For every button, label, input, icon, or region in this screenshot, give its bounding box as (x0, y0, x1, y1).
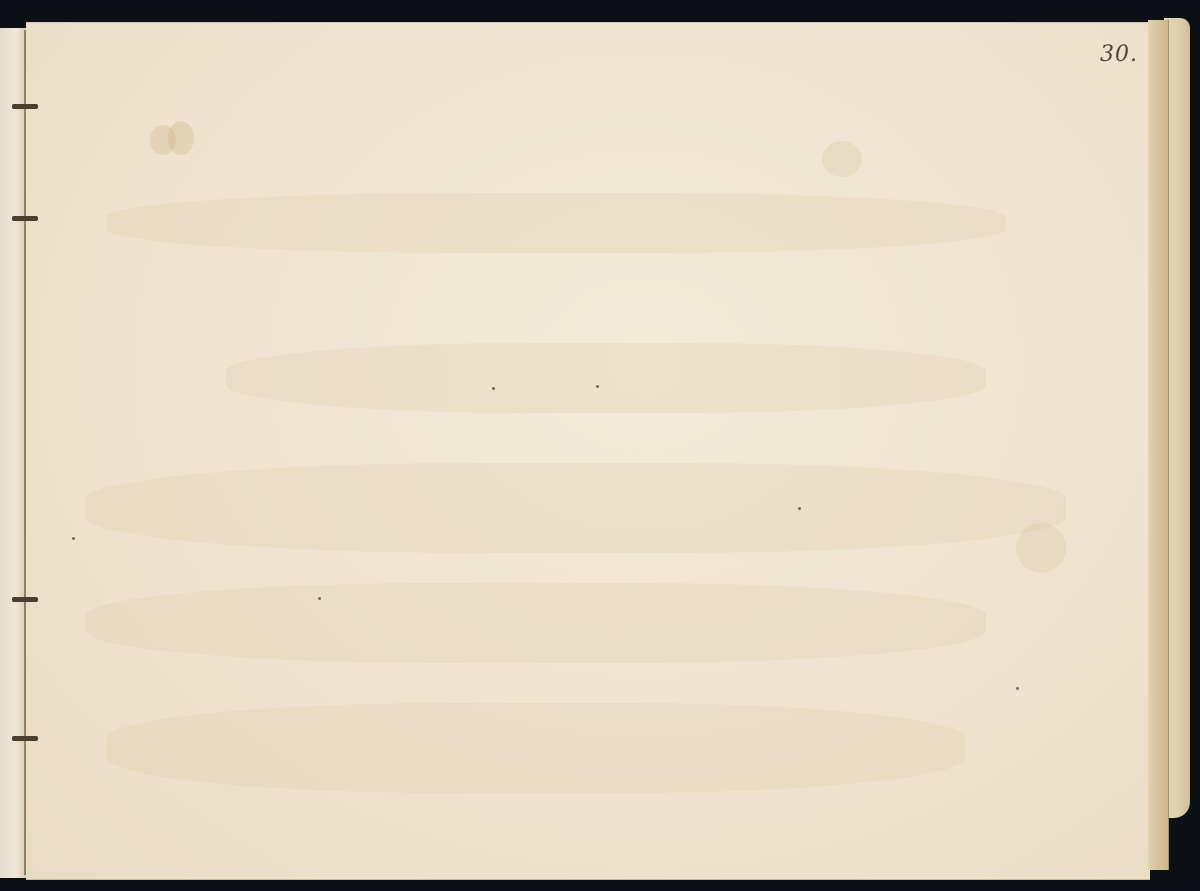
binding-stitch (12, 104, 38, 109)
binding-stitch (12, 216, 38, 221)
show-through-text-shadow (106, 703, 966, 793)
binding-stitch (12, 597, 38, 602)
show-through-text-shadow (226, 343, 986, 413)
show-through-text-shadow (106, 193, 1006, 253)
page-fore-edge (1148, 20, 1169, 870)
water-stain (1016, 523, 1066, 573)
binding-stitch (12, 736, 38, 741)
ink-speck (318, 597, 321, 600)
ink-speck (492, 387, 495, 390)
show-through-text-shadow (86, 583, 986, 663)
facing-leaf-edge (0, 28, 27, 878)
show-through-text-shadow (86, 463, 1066, 553)
scanned-page-image: 30. (0, 0, 1200, 891)
manuscript-page (26, 22, 1150, 880)
ink-speck (1016, 687, 1019, 690)
ink-speck (596, 385, 599, 388)
folio-number: 30. (1100, 42, 1138, 67)
water-stain (822, 141, 862, 177)
ink-speck (798, 507, 801, 510)
water-stain (168, 121, 194, 155)
binding-gutter-line (24, 30, 26, 875)
ink-speck (72, 537, 75, 540)
